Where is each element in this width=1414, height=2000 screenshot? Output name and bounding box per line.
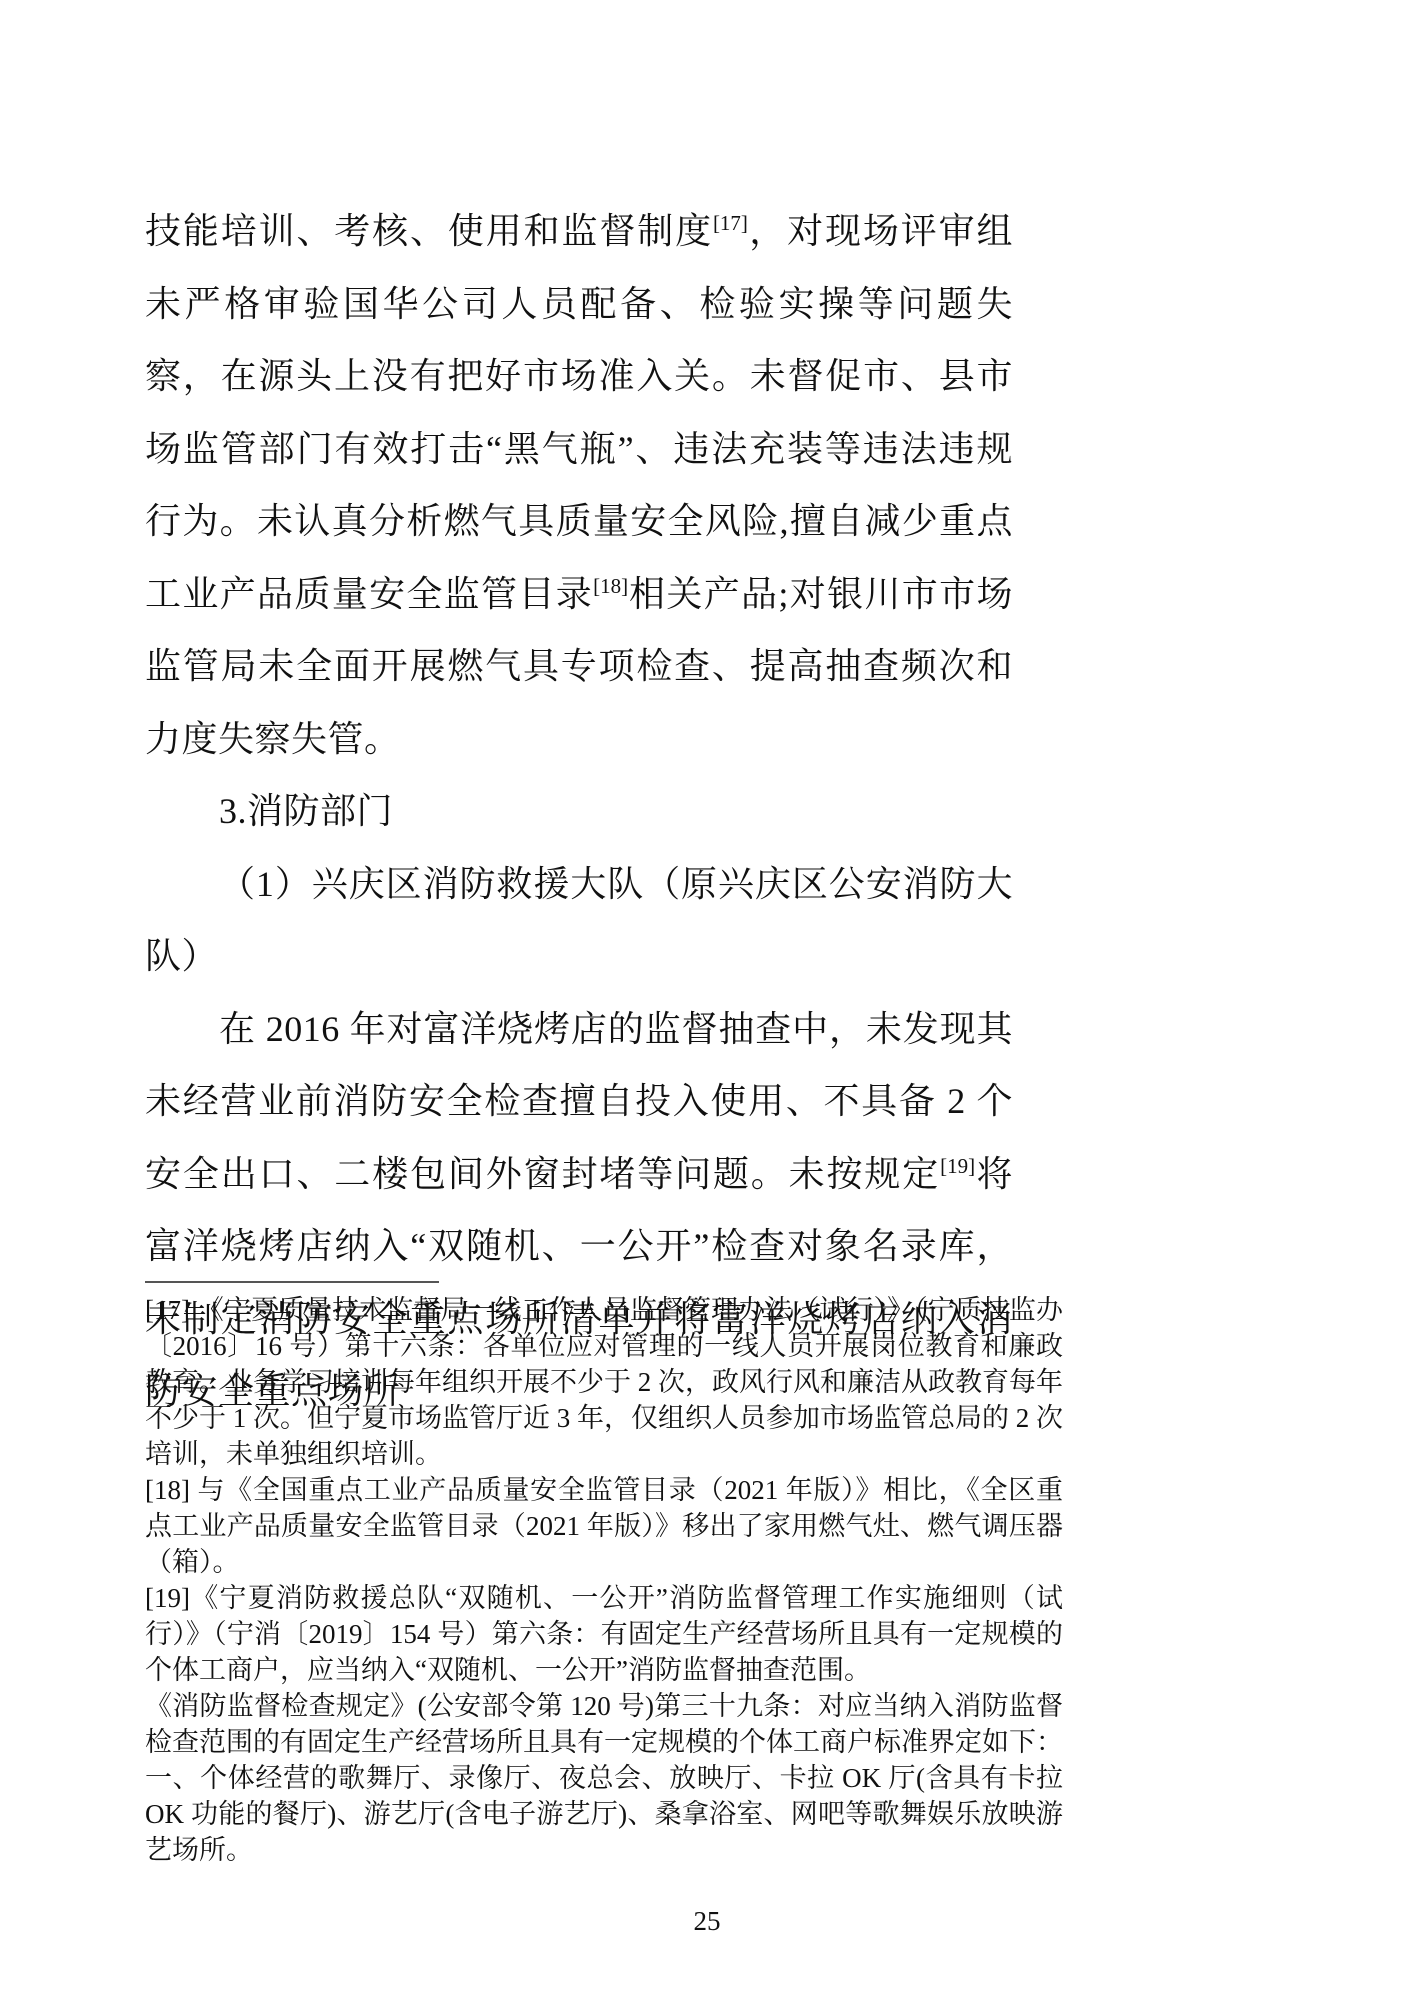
body-text-run: 技能培训、考核、使用和监督制度 <box>145 211 713 251</box>
page-number: 25 <box>0 1906 1414 1937</box>
body-text-run: （1）兴庆区消防救援大队（原兴庆区公安消防大队） <box>145 864 1013 977</box>
footnotes-block: [17] 《宁夏质量技术监督局一线工作人员监督管理办法（试行）》（宁质技监办〔2… <box>145 1292 1063 1868</box>
body-text-run: 3.消防部门 <box>219 791 393 831</box>
footnote-18: [18] 与《全国重点工业产品质量安全监管目录（2021 年版）》相比，《全区重… <box>145 1472 1063 1580</box>
footnote-19: [19]《宁夏消防救援总队“双随机、一公开”消防监督管理工作实施细则（试行）》（… <box>145 1580 1063 1688</box>
footnote-ref-19: [19] <box>940 1154 975 1178</box>
subsection-heading-xingqing-brigade: （1）兴庆区消防救援大队（原兴庆区公安消防大队） <box>145 848 1013 993</box>
footnote-separator-line <box>145 1281 439 1283</box>
footnote-ref-18: [18] <box>593 574 628 598</box>
footnote-ref-17: [17] <box>713 211 748 235</box>
paragraph-continuation: 技能培训、考核、使用和监督制度[17]，对现场评审组未严格审验国华公司人员配备、… <box>145 195 1013 775</box>
footnote-17: [17] 《宁夏质量技术监督局一线工作人员监督管理办法（试行）》（宁质技监办〔2… <box>145 1292 1063 1472</box>
section-heading-fire-department: 3.消防部门 <box>145 775 1013 848</box>
document-page: 技能培训、考核、使用和监督制度[17]，对现场评审组未严格审验国华公司人员配备、… <box>0 0 1414 2000</box>
footnote-fire-inspection-regulation: 《消防监督检查规定》(公安部令第 120 号)第三十九条：对应当纳入消防监督检查… <box>145 1688 1063 1868</box>
body-text-run: ，对现场评审组未严格审验国华公司人员配备、检验实操等问题失察，在源头上没有把好市… <box>145 211 1013 614</box>
main-text-block: 技能培训、考核、使用和监督制度[17]，对现场评审组未严格审验国华公司人员配备、… <box>145 195 1013 1428</box>
body-text-run: 在 2016 年对富洋烧烤店的监督抽查中，未发现其未经营业前消防安全检查擅自投入… <box>145 1009 1013 1194</box>
